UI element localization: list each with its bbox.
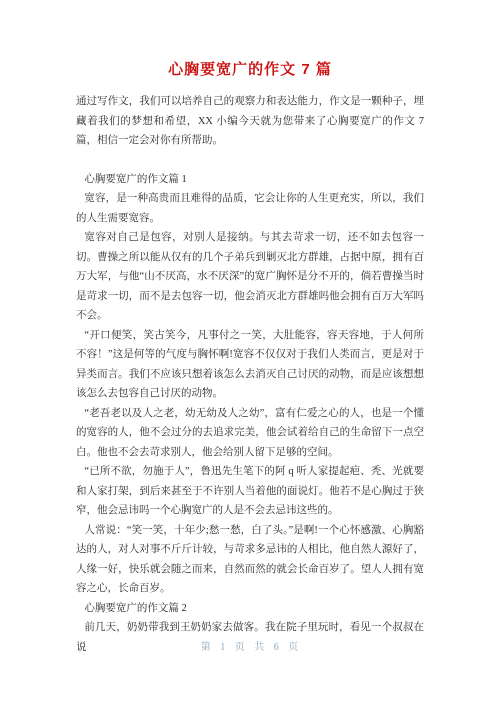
paragraph: 人常说：“笑一笑，十年少;愁一愁，白了头。”是啊!一个心怀感激、心胸豁达的人，对…	[76, 521, 424, 599]
paragraph: “开口便笑，笑古笑今，凡事付之一笑，大肚能容，容天容地，于人何所不容！”这是何等…	[76, 326, 424, 404]
page-title: 心胸要宽广的作文 7 篇	[0, 58, 500, 79]
document-page: 心胸要宽广的作文 7 篇 通过写作文，我们可以培养自己的观察力和表达能力，作文是…	[0, 0, 500, 707]
page-footer-pagination: 第 1 页 共 6 页	[0, 638, 500, 653]
paragraph: “已所不欲，勿施于人”，鲁迅先生笔下的阿 q 听人家提起疤、秃、光就要和人家打架…	[76, 462, 424, 521]
section-heading: 心胸要宽广的作文篇 1	[76, 170, 424, 190]
paragraph: “老吾老以及人之老，幼无幼及人之幼”，富有仁爱之心的人，也是一个懂的宽容的人，他…	[76, 404, 424, 463]
paragraph: 宽容，是一种高贵而且难得的品质，它会让你的人生更充实，所以，我们的人生需要宽容。	[76, 189, 424, 228]
document-body: 通过写作文，我们可以培养自己的观察力和表达能力，作文是一颗种子，埋藏着我们的梦想…	[0, 92, 500, 657]
paragraph: 宽容对自己是包容，对别人是接纳。与其去苛求一切，还不如去包容一切。曹操之所以能从…	[76, 228, 424, 326]
section-heading: 心胸要宽广的作文篇 2	[76, 599, 424, 619]
paragraph: 通过写作文，我们可以培养自己的观察力和表达能力，作文是一颗种子，埋藏着我们的梦想…	[76, 92, 424, 151]
